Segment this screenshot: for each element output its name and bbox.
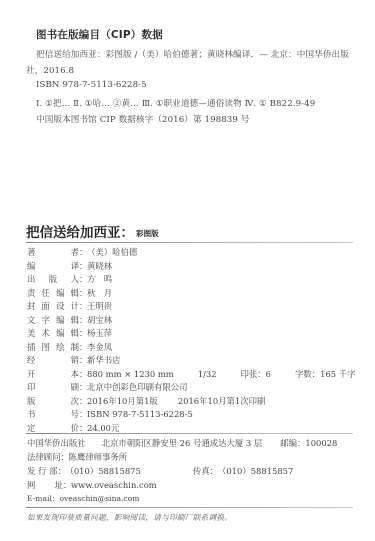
row-art-editor: 美术编辑：杨玉萍 xyxy=(27,327,112,339)
book-title: 把信送给加西亚：彩图版 xyxy=(26,221,159,241)
label: 封面设计 xyxy=(27,300,79,312)
book-title-main: 把信送给加西亚： xyxy=(26,225,134,241)
sheets-label: 印张 xyxy=(241,368,258,380)
row-cover-design: 封面设计：王明贵 xyxy=(27,300,112,312)
value: 胡宝林 xyxy=(87,314,112,326)
row-format: 开 本：880 mm × 1230 mm 1/32 印张：6 字数：165 千字 xyxy=(27,368,356,380)
value: 方 鸣 xyxy=(87,273,112,285)
label: 书 号 xyxy=(27,408,79,420)
value: 北京中创彩色印刷有限公司 xyxy=(87,381,188,393)
row-publisher-person: 出 版 人：方 鸣 xyxy=(27,273,112,285)
value: 新华书店 xyxy=(87,354,121,366)
value: ISBN 978-7-5113-6228-5 xyxy=(87,409,193,419)
value: 24.00元 xyxy=(87,422,119,434)
row-text-editor: 文字编辑：胡宝林 xyxy=(27,314,112,326)
label: 印 刷 xyxy=(27,381,79,393)
quality-notice: 如果发现印装质量问题，影响阅读，请与印刷厂联系调换。 xyxy=(27,512,232,523)
label: 经 销 xyxy=(27,354,79,366)
value: 黄晓林 xyxy=(87,260,112,272)
label: 责任编辑 xyxy=(27,287,79,299)
label: 定 价 xyxy=(27,422,79,434)
fax-number: （010）58815857 xyxy=(218,465,293,477)
label: 文字编辑 xyxy=(27,314,79,326)
edition-value: 2016年10月第1版 xyxy=(87,395,158,407)
email-link[interactable]: oveaschin@sina.com xyxy=(59,494,139,503)
value: 陈鹰律师事务所 xyxy=(69,451,128,463)
row-printer: 印 刷：北京中创彩色印刷有限公司 xyxy=(27,381,188,393)
sheets-value: 6 xyxy=(266,369,271,379)
postcode-value: 100028 xyxy=(305,438,337,448)
words-value: 165 千字 xyxy=(320,368,355,380)
format-size: 880 mm × 1230 mm xyxy=(87,369,174,379)
printing-value: 2016年10月第1次印刷 xyxy=(178,395,266,407)
format-fold: 1/32 xyxy=(198,369,217,379)
row-sales-fax: 发 行 部：（010）58815875 传真：（010）58815857 xyxy=(27,465,293,477)
contact-divider xyxy=(26,433,353,434)
row-author: 著 者：（美）哈伯德 xyxy=(27,246,137,258)
label: 网 址 xyxy=(27,479,63,491)
label: E-mail xyxy=(27,494,52,503)
label: 美术编辑 xyxy=(27,327,79,339)
fax-label: 传真 xyxy=(193,465,210,477)
words-label: 字数 xyxy=(295,368,312,380)
label: 出 版 人 xyxy=(27,273,79,285)
publisher-name: 中国华侨出版社 xyxy=(27,437,86,449)
value: 王明贵 xyxy=(87,300,112,312)
row-isbn: 书 号：ISBN 978-7-5113-6228-5 xyxy=(27,408,193,420)
row-email: E-mail：oveaschin@sina.com xyxy=(27,493,139,504)
row-edition: 版 次：2016年10月第1版 2016年10月第1次印刷 xyxy=(27,395,265,407)
row-publisher-address: 中国华侨出版社 北京市朝阳区静安里 26 号通成达大厦 3 层 邮编：10002… xyxy=(27,437,337,449)
row-distributor: 经 销：新华书店 xyxy=(27,354,121,366)
value: 秋 月 xyxy=(87,287,112,299)
title-divider xyxy=(26,242,353,243)
cip-isbn: ISBN 978-7-5113-6228-5 xyxy=(36,80,147,90)
row-price: 定 价：24.00元 xyxy=(27,422,119,434)
label: 版 次 xyxy=(27,395,79,407)
cip-bibliographic-line: 把信送给加西亚：彩图版 /（美）哈伯德著；黄晓林编译．— 北京：中国华侨出版 xyxy=(36,48,349,60)
label: 著 者 xyxy=(27,246,79,258)
postcode-label: 邮编 xyxy=(280,437,297,449)
book-title-edition: 彩图版 xyxy=(136,229,159,238)
website-link[interactable]: www.oveaschin.com xyxy=(71,480,157,490)
publisher-address: 北京市朝阳区静安里 26 号通成达大厦 3 层 xyxy=(102,437,263,449)
row-website: 网 址：www.oveaschin.com xyxy=(27,479,157,491)
cip-classification: Ⅰ. ①把… Ⅱ. ①哈… ②黄… Ⅲ. ①职业道德—通俗读物 Ⅳ. ① B82… xyxy=(36,97,315,109)
notice-divider xyxy=(26,507,353,508)
label: 编 译 xyxy=(27,260,79,272)
label: 插图绘制 xyxy=(27,341,79,353)
row-translator: 编 译：黄晓林 xyxy=(27,260,112,272)
cip-bibliographic-line-cont: 社，2016.8 xyxy=(26,64,74,76)
sales-label: 发 行 部 xyxy=(27,465,57,477)
row-illustrator: 插图绘制：李金凤 xyxy=(27,341,112,353)
value: （美）哈伯德 xyxy=(87,246,137,258)
row-legal-advisor: 法律顾问：陈鹰律师事务所 xyxy=(27,451,127,463)
value: 李金凤 xyxy=(87,341,112,353)
cip-approval-number: 中国版本图书馆 CIP 数据核字（2016）第 198839 号 xyxy=(36,113,249,125)
label: 法律顾问 xyxy=(27,451,61,463)
row-editor: 责任编辑：秋 月 xyxy=(27,287,112,299)
cip-heading: 图书在版编目（CIP）数据 xyxy=(36,27,163,42)
value: 杨玉萍 xyxy=(87,327,112,339)
sales-phone: （010）58815875 xyxy=(65,465,140,477)
label: 开 本 xyxy=(27,368,79,380)
